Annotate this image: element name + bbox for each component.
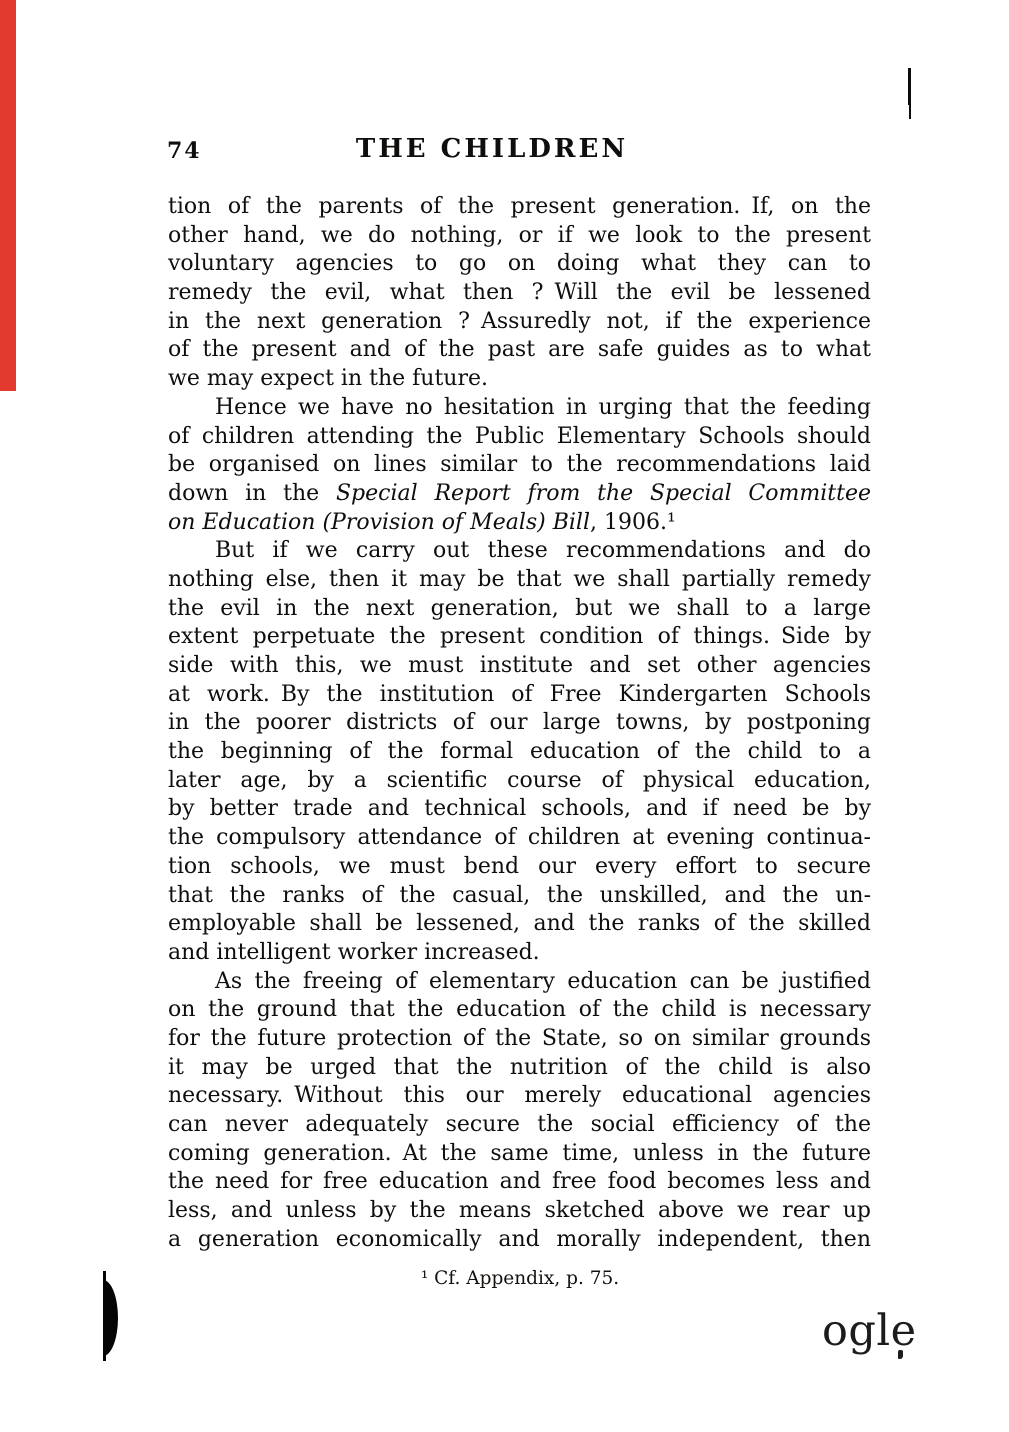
roman-text: , 1906.¹: [590, 510, 676, 535]
roman-text: But if we carry out these recommendation…: [215, 538, 871, 563]
roman-text: we may expect in the future.: [168, 366, 488, 391]
roman-text: down in the: [168, 481, 336, 506]
text-line: But if we carry out these recommendation…: [168, 537, 871, 566]
italic-text: on Education (Provision of Meals) Bill: [168, 510, 590, 535]
roman-text: employable shall be lessened, and the ra…: [168, 911, 871, 936]
text-line: be organised on lines similar to the rec…: [168, 451, 871, 480]
roman-text: other hand, we do nothing, or if we look…: [168, 223, 871, 248]
text-line: coming generation. At the same time, unl…: [168, 1140, 871, 1169]
text-line: it may be urged that the nutrition of th…: [168, 1054, 871, 1083]
roman-text: can never adequately secure the social e…: [168, 1112, 871, 1137]
roman-text: tion of the parents of the present gener…: [168, 194, 871, 219]
text-line: for the future protection of the State, …: [168, 1025, 871, 1054]
text-line: other hand, we do nothing, or if we look…: [168, 222, 871, 251]
paragraph: But if we carry out these recommendation…: [168, 537, 871, 967]
roman-text: in the poorer districts of our large tow…: [168, 710, 871, 735]
running-head-title: THE CHILDREN: [140, 134, 844, 164]
text-line: the evil in the next generation, but we …: [168, 595, 871, 624]
roman-text: As the freeing of elementary education c…: [215, 969, 871, 994]
margin-tick-line-thin: [909, 103, 911, 119]
text-line: in the next generation ? Assuredly not, …: [168, 308, 871, 337]
google-watermark-fragment: ogle: [822, 1306, 917, 1356]
roman-text: the need for free education and free foo…: [168, 1169, 871, 1194]
roman-text: on the ground that the education of the …: [168, 997, 871, 1022]
roman-text: of children attending the Public Element…: [168, 424, 871, 449]
roman-text: of the present and of the past are safe …: [168, 337, 871, 362]
text-line: voluntary agencies to go on doing what t…: [168, 250, 871, 279]
italic-text: Special Report from the Special Committe…: [336, 481, 871, 506]
roman-text: and intelligent worker increased.: [168, 940, 540, 965]
text-line: and intelligent worker increased.: [168, 939, 871, 968]
text-line: in the poorer districts of our large tow…: [168, 709, 871, 738]
roman-text: extent perpetuate the present condition …: [168, 624, 871, 649]
text-line: the beginning of the formal education of…: [168, 738, 871, 767]
text-line: nothing else, then it may be that we sha…: [168, 566, 871, 595]
margin-tick-line: [908, 68, 911, 105]
roman-text: tion schools, we must bend our every eff…: [168, 854, 871, 879]
text-line: later age, by a scientific course of phy…: [168, 767, 871, 796]
text-line: down in the Special Report from the Spec…: [168, 480, 871, 509]
roman-text: less, and unless by the means sketched a…: [168, 1198, 871, 1223]
roman-text: by better trade and technical schools, a…: [168, 796, 871, 821]
book-page-scan: 74 THE CHILDREN tion of the parents of t…: [0, 0, 1009, 1432]
red-book-edge-strip: [0, 0, 16, 391]
text-line: a generation economically and morally in…: [168, 1226, 871, 1255]
text-line: side with this, we must institute and se…: [168, 652, 871, 681]
text-line: can never adequately secure the social e…: [168, 1111, 871, 1140]
paragraph: Hence we have no hesitation in urging th…: [168, 394, 871, 537]
text-line: on Education (Provision of Meals) Bill, …: [168, 509, 871, 538]
scan-blemish-crescent: [103, 1280, 118, 1356]
paragraph: As the freeing of elementary education c…: [168, 968, 871, 1255]
roman-text: that the ranks of the casual, the unskil…: [168, 883, 871, 908]
text-line: that the ranks of the casual, the unskil…: [168, 882, 871, 911]
roman-text: nothing else, then it may be that we sha…: [168, 567, 871, 592]
text-line: remedy the evil, what then ? Will the ev…: [168, 279, 871, 308]
text-line: we may expect in the future.: [168, 365, 871, 394]
roman-text: the beginning of the formal education of…: [168, 739, 871, 764]
roman-text: in the next generation ? Assuredly not, …: [168, 309, 871, 334]
text-line: of children attending the Public Element…: [168, 423, 871, 452]
text-line: Hence we have no hesitation in urging th…: [168, 394, 871, 423]
text-line: by better trade and technical schools, a…: [168, 795, 871, 824]
roman-text: at work. By the institution of Free Kind…: [168, 682, 871, 707]
text-line: of the present and of the past are safe …: [168, 336, 871, 365]
roman-text: be organised on lines similar to the rec…: [168, 452, 871, 477]
roman-text: the compulsory attendance of children at…: [168, 825, 871, 850]
roman-text: for the future protection of the State, …: [168, 1026, 871, 1051]
google-watermark-dot: [898, 1350, 903, 1359]
text-line: the compulsory attendance of children at…: [168, 824, 871, 853]
text-line: extent perpetuate the present condition …: [168, 623, 871, 652]
roman-text: necessary. Without this our merely educa…: [168, 1083, 871, 1108]
roman-text: voluntary agencies to go on doing what t…: [168, 251, 871, 276]
footnote: ¹ Cf. Appendix, p. 75.: [168, 1268, 872, 1289]
roman-text: side with this, we must institute and se…: [168, 653, 871, 678]
roman-text: a generation economically and morally in…: [168, 1227, 871, 1252]
roman-text: Hence we have no hesitation in urging th…: [215, 395, 871, 420]
text-line: employable shall be lessened, and the ra…: [168, 910, 871, 939]
roman-text: it may be urged that the nutrition of th…: [168, 1055, 871, 1080]
roman-text: the evil in the next generation, but we …: [168, 596, 871, 621]
roman-text: remedy the evil, what then ? Will the ev…: [168, 280, 871, 305]
text-line: at work. By the institution of Free Kind…: [168, 681, 871, 710]
text-line: tion schools, we must bend our every eff…: [168, 853, 871, 882]
text-line: As the freeing of elementary education c…: [168, 968, 871, 997]
text-line: less, and unless by the means sketched a…: [168, 1197, 871, 1226]
text-line: tion of the parents of the present gener…: [168, 193, 871, 222]
text-line: on the ground that the education of the …: [168, 996, 871, 1025]
body-text: tion of the parents of the present gener…: [168, 193, 871, 1254]
paragraph: tion of the parents of the present gener…: [168, 193, 871, 394]
roman-text: later age, by a scientific course of phy…: [168, 768, 871, 793]
roman-text: coming generation. At the same time, unl…: [168, 1141, 871, 1166]
text-line: necessary. Without this our merely educa…: [168, 1082, 871, 1111]
text-line: the need for free education and free foo…: [168, 1168, 871, 1197]
